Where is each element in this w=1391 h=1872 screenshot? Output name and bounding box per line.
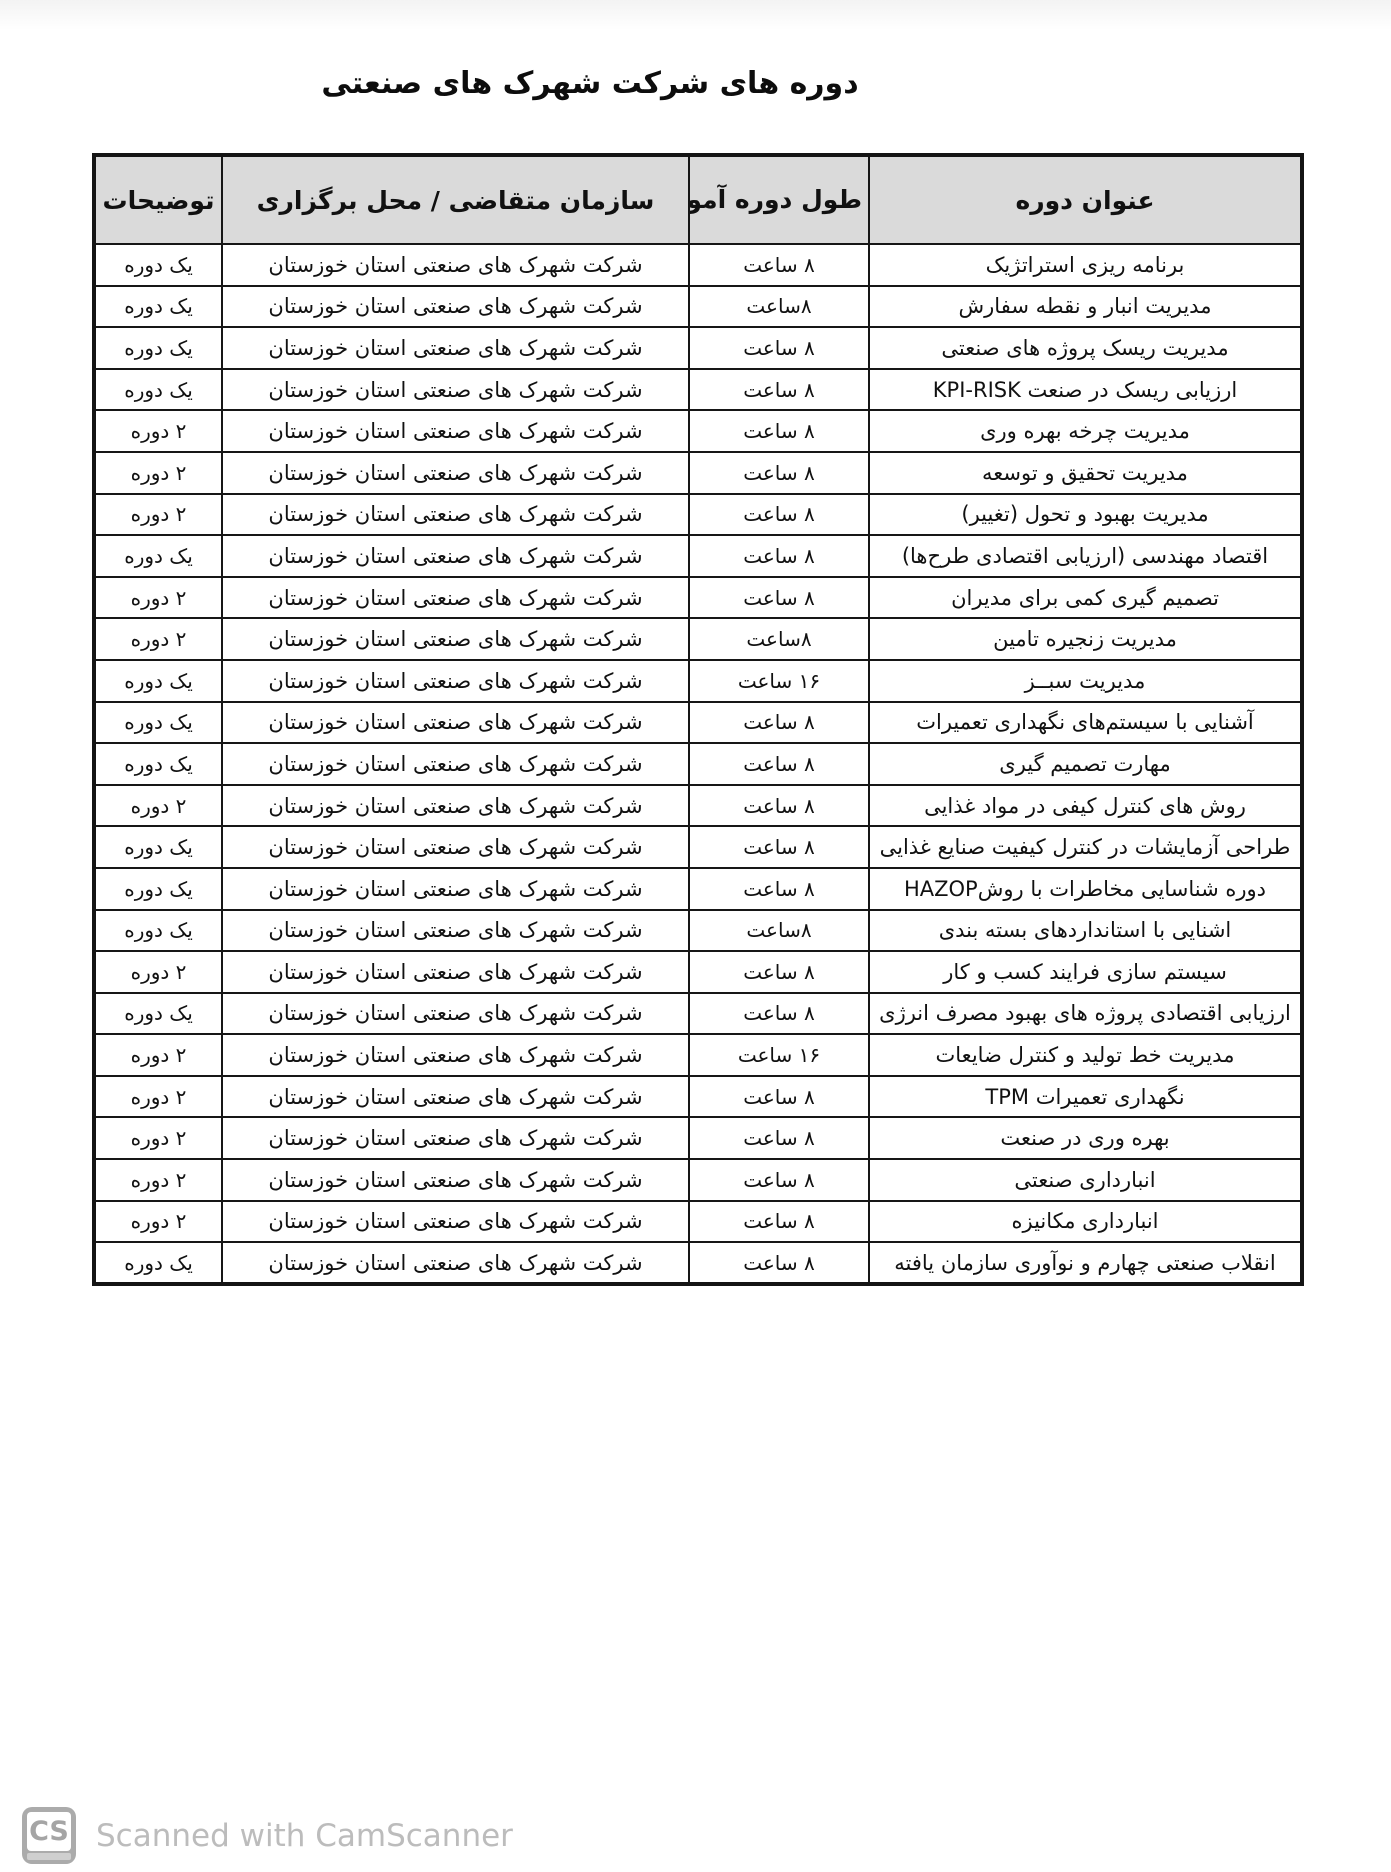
cell-title: بهره وری در صنعت — [869, 1117, 1302, 1159]
cell-org: شرکت شهرک های صنعتی استان خوزستان — [222, 327, 689, 369]
cell-org: شرکت شهرک های صنعتی استان خوزستان — [222, 910, 689, 952]
cell-duration: ۸ ساعت — [689, 452, 869, 494]
cell-title: مدیریت ریسک پروژه های صنعتی — [869, 327, 1302, 369]
table-row: اشنایی با استانداردهای بسته بندی۸ساعتشرک… — [94, 910, 1302, 952]
cell-duration: ۸ ساعت — [689, 951, 869, 993]
cell-title: مدیریت تحقیق و توسعه — [869, 452, 1302, 494]
table-row: نگهداری تعمیرات TPM۸ ساعتشرکت شهرک های ص… — [94, 1076, 1302, 1118]
cell-note: یک دوره — [94, 868, 222, 910]
cell-org: شرکت شهرک های صنعتی استان خوزستان — [222, 951, 689, 993]
cell-duration: ۸ ساعت — [689, 826, 869, 868]
header-organization: سازمان متقاضی / محل برگزاری — [222, 155, 689, 244]
header-duration: طول دوره آموزشی — [689, 155, 869, 244]
table-row: انقلاب صنعتی چهارم و نوآوری سازمان یافته… — [94, 1242, 1302, 1284]
cell-org: شرکت شهرک های صنعتی استان خوزستان — [222, 1076, 689, 1118]
cell-title: مدیریت سبــز — [869, 660, 1302, 702]
cell-title: مدیریت چرخه بهره وری — [869, 410, 1302, 452]
cell-duration: ۱۶ ساعت — [689, 1034, 869, 1076]
scanned-page: دوره های شرکت شهرک های صنعتی عنوان دوره … — [0, 0, 1391, 1872]
cell-note: یک دوره — [94, 244, 222, 286]
cell-org: شرکت شهرک های صنعتی استان خوزستان — [222, 1201, 689, 1243]
table-row: مهارت تصمیم گیری۸ ساعتشرکت شهرک های صنعت… — [94, 743, 1302, 785]
cell-note: ۲ دوره — [94, 1201, 222, 1243]
cell-title: مدیریت انبار و نقطه سفارش — [869, 286, 1302, 328]
table-row: مدیریت چرخه بهره وری۸ ساعتشرکت شهرک های … — [94, 410, 1302, 452]
cell-org: شرکت شهرک های صنعتی استان خوزستان — [222, 743, 689, 785]
cell-duration: ۸ساعت — [689, 618, 869, 660]
cell-title: طراحی آزمایشات در کنترل کیفیت صنایع غذای… — [869, 826, 1302, 868]
table-row: دوره شناسایی مخاطرات با روشHAZOP۸ ساعتشر… — [94, 868, 1302, 910]
cell-note: یک دوره — [94, 826, 222, 868]
table-row: ارزیابی ریسک در صنعت KPI-RISK۸ ساعتشرکت … — [94, 369, 1302, 411]
cell-org: شرکت شهرک های صنعتی استان خوزستان — [222, 826, 689, 868]
cell-org: شرکت شهرک های صنعتی استان خوزستان — [222, 494, 689, 536]
table-row: مدیریت انبار و نقطه سفارش۸ساعتشرکت شهرک … — [94, 286, 1302, 328]
cell-org: شرکت شهرک های صنعتی استان خوزستان — [222, 1034, 689, 1076]
header-row: عنوان دوره طول دوره آموزشی سازمان متقاضی… — [94, 155, 1302, 244]
cell-title: اشنایی با استانداردهای بسته بندی — [869, 910, 1302, 952]
course-table-body: برنامه ریزی استراتژیک۸ ساعتشرکت شهرک های… — [94, 244, 1302, 1284]
cell-note: ۲ دوره — [94, 951, 222, 993]
cell-note: ۲ دوره — [94, 1159, 222, 1201]
cell-org: شرکت شهرک های صنعتی استان خوزستان — [222, 535, 689, 577]
cell-duration: ۸ ساعت — [689, 327, 869, 369]
cell-note: ۲ دوره — [94, 494, 222, 536]
cell-title: ارزیابی اقتصادی پروژه های بهبود مصرف انر… — [869, 993, 1302, 1035]
cell-duration: ۸ ساعت — [689, 244, 869, 286]
table-row: مدیریت خط تولید و کنترل ضایعات۱۶ ساعتشرک… — [94, 1034, 1302, 1076]
cell-title: نگهداری تعمیرات TPM — [869, 1076, 1302, 1118]
cell-title: سیستم سازی فرایند کسب و کار — [869, 951, 1302, 993]
cell-title: انقلاب صنعتی چهارم و نوآوری سازمان یافته — [869, 1242, 1302, 1284]
cell-note: ۲ دوره — [94, 1076, 222, 1118]
cell-title: مدیریت بهبود و تحول (تغییر) — [869, 494, 1302, 536]
table-row: روش های کنترل کیفی در مواد غذایی۸ ساعتشر… — [94, 785, 1302, 827]
table-row: آشنایی با سیستم‌های نگهداری تعمیرات۸ ساع… — [94, 702, 1302, 744]
cell-note: ۲ دوره — [94, 1117, 222, 1159]
table-row: بهره وری در صنعت۸ ساعتشرکت شهرک های صنعت… — [94, 1117, 1302, 1159]
cell-org: شرکت شهرک های صنعتی استان خوزستان — [222, 286, 689, 328]
cell-duration: ۸ ساعت — [689, 494, 869, 536]
document-title: دوره های شرکت شهرک های صنعتی — [0, 66, 1180, 101]
table-row: سیستم سازی فرایند کسب و کار۸ ساعتشرکت شه… — [94, 951, 1302, 993]
cell-note: یک دوره — [94, 910, 222, 952]
cell-duration: ۸ ساعت — [689, 1242, 869, 1284]
camscanner-logo-lip — [27, 1853, 71, 1860]
cell-title: انبارداری صنعتی — [869, 1159, 1302, 1201]
camscanner-footer: CS Scanned with CamScanner — [22, 1807, 513, 1864]
courses-table-wrap: عنوان دوره طول دوره آموزشی سازمان متقاضی… — [92, 153, 1304, 1286]
cell-note: یک دوره — [94, 993, 222, 1035]
table-row: طراحی آزمایشات در کنترل کیفیت صنایع غذای… — [94, 826, 1302, 868]
cell-org: شرکت شهرک های صنعتی استان خوزستان — [222, 1242, 689, 1284]
cell-title: اقتصاد مهندسی (ارزیابی اقتصادی طرح‌ها) — [869, 535, 1302, 577]
cell-org: شرکت شهرک های صنعتی استان خوزستان — [222, 618, 689, 660]
camscanner-logo-icon: CS — [22, 1807, 76, 1864]
cell-duration: ۸ ساعت — [689, 868, 869, 910]
table-header: عنوان دوره طول دوره آموزشی سازمان متقاضی… — [94, 155, 1302, 244]
cell-note: یک دوره — [94, 660, 222, 702]
cell-note: ۲ دوره — [94, 410, 222, 452]
cell-duration: ۸ ساعت — [689, 1076, 869, 1118]
table-row: برنامه ریزی استراتژیک۸ ساعتشرکت شهرک های… — [94, 244, 1302, 286]
cell-note: یک دوره — [94, 286, 222, 328]
cell-title: ارزیابی ریسک در صنعت KPI-RISK — [869, 369, 1302, 411]
cell-duration: ۸ ساعت — [689, 702, 869, 744]
cell-note: ۲ دوره — [94, 577, 222, 619]
cell-title: آشنایی با سیستم‌های نگهداری تعمیرات — [869, 702, 1302, 744]
cell-duration: ۸ ساعت — [689, 577, 869, 619]
cell-org: شرکت شهرک های صنعتی استان خوزستان — [222, 1117, 689, 1159]
table-row: مدیریت سبــز۱۶ ساعتشرکت شهرک های صنعتی ا… — [94, 660, 1302, 702]
header-notes: توضیحات — [94, 155, 222, 244]
cell-org: شرکت شهرک های صنعتی استان خوزستان — [222, 660, 689, 702]
cell-title: برنامه ریزی استراتژیک — [869, 244, 1302, 286]
cell-org: شرکت شهرک های صنعتی استان خوزستان — [222, 452, 689, 494]
header-course-title: عنوان دوره — [869, 155, 1302, 244]
cell-note: ۲ دوره — [94, 785, 222, 827]
table-row: مدیریت ریسک پروژه های صنعتی۸ ساعتشرکت شه… — [94, 327, 1302, 369]
table-row: انبارداری مکانیزه۸ ساعتشرکت شهرک های صنع… — [94, 1201, 1302, 1243]
cell-duration: ۸ ساعت — [689, 410, 869, 452]
camscanner-text: Scanned with CamScanner — [96, 1818, 513, 1854]
cell-org: شرکت شهرک های صنعتی استان خوزستان — [222, 1159, 689, 1201]
cell-title: روش های کنترل کیفی در مواد غذایی — [869, 785, 1302, 827]
cell-duration: ۸ ساعت — [689, 535, 869, 577]
cell-title: انبارداری مکانیزه — [869, 1201, 1302, 1243]
cell-org: شرکت شهرک های صنعتی استان خوزستان — [222, 410, 689, 452]
cell-org: شرکت شهرک های صنعتی استان خوزستان — [222, 993, 689, 1035]
cell-note: یک دوره — [94, 327, 222, 369]
table-row: اقتصاد مهندسی (ارزیابی اقتصادی طرح‌ها)۸ … — [94, 535, 1302, 577]
cell-duration: ۸ساعت — [689, 910, 869, 952]
cell-duration: ۸ساعت — [689, 286, 869, 328]
cell-note: یک دوره — [94, 1242, 222, 1284]
table-row: ارزیابی اقتصادی پروژه های بهبود مصرف انر… — [94, 993, 1302, 1035]
table-row: انبارداری صنعتی۸ ساعتشرکت شهرک های صنعتی… — [94, 1159, 1302, 1201]
cell-note: یک دوره — [94, 743, 222, 785]
cell-org: شرکت شهرک های صنعتی استان خوزستان — [222, 369, 689, 411]
table-row: مدیریت بهبود و تحول (تغییر)۸ ساعتشرکت شه… — [94, 494, 1302, 536]
cell-duration: ۱۶ ساعت — [689, 660, 869, 702]
table-row: تصمیم گیری کمی برای مدیران۸ ساعتشرکت شهر… — [94, 577, 1302, 619]
cell-org: شرکت شهرک های صنعتی استان خوزستان — [222, 244, 689, 286]
cell-note: یک دوره — [94, 369, 222, 411]
cell-title: مدیریت خط تولید و کنترل ضایعات — [869, 1034, 1302, 1076]
cell-org: شرکت شهرک های صنعتی استان خوزستان — [222, 577, 689, 619]
cell-duration: ۸ ساعت — [689, 1117, 869, 1159]
table-row: مدیریت تحقیق و توسعه۸ ساعتشرکت شهرک های … — [94, 452, 1302, 494]
cell-org: شرکت شهرک های صنعتی استان خوزستان — [222, 702, 689, 744]
cell-duration: ۸ ساعت — [689, 785, 869, 827]
cell-duration: ۸ ساعت — [689, 1159, 869, 1201]
cell-org: شرکت شهرک های صنعتی استان خوزستان — [222, 785, 689, 827]
cell-note: یک دوره — [94, 702, 222, 744]
cell-title: مدیریت زنجیره تامین — [869, 618, 1302, 660]
cell-duration: ۸ ساعت — [689, 1201, 869, 1243]
courses-table: عنوان دوره طول دوره آموزشی سازمان متقاضی… — [92, 153, 1304, 1286]
cell-duration: ۸ ساعت — [689, 369, 869, 411]
cell-org: شرکت شهرک های صنعتی استان خوزستان — [222, 868, 689, 910]
cell-duration: ۸ ساعت — [689, 743, 869, 785]
cell-note: یک دوره — [94, 535, 222, 577]
cell-note: ۲ دوره — [94, 452, 222, 494]
cell-title: دوره شناسایی مخاطرات با روشHAZOP — [869, 868, 1302, 910]
cell-title: مهارت تصمیم گیری — [869, 743, 1302, 785]
cell-note: ۲ دوره — [94, 618, 222, 660]
cell-title: تصمیم گیری کمی برای مدیران — [869, 577, 1302, 619]
camscanner-logo-text: CS — [27, 1812, 71, 1851]
cell-duration: ۸ ساعت — [689, 993, 869, 1035]
cell-note: ۲ دوره — [94, 1034, 222, 1076]
table-row: مدیریت زنجیره تامین۸ساعتشرکت شهرک های صن… — [94, 618, 1302, 660]
